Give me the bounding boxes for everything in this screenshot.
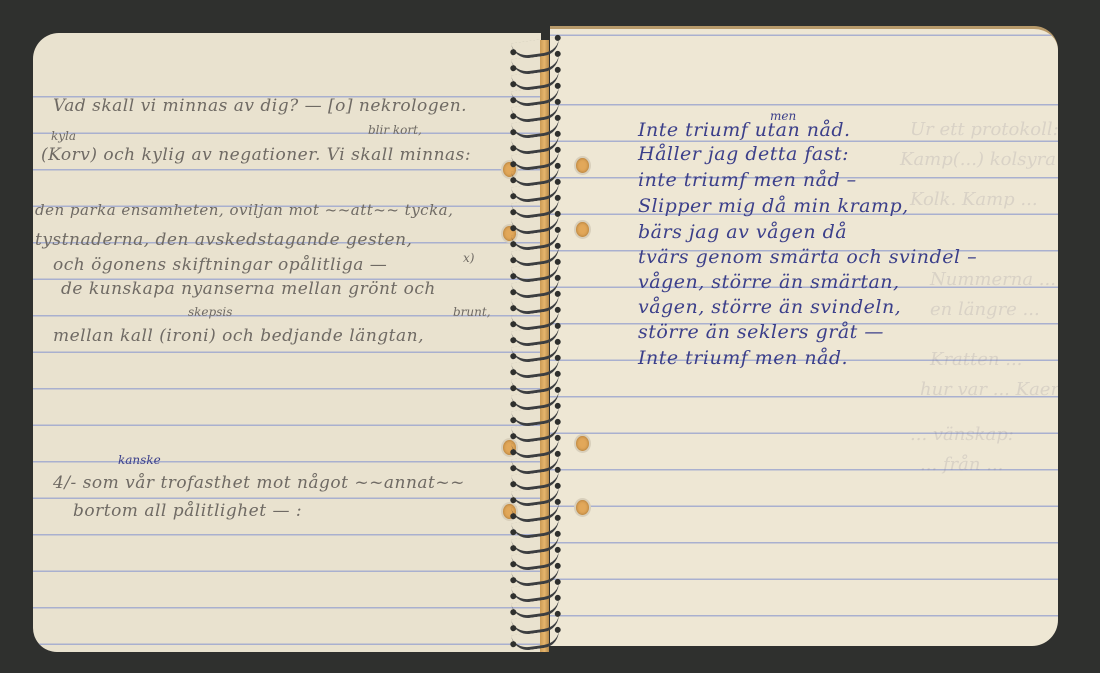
binder-hole [576,436,589,451]
right-line-9: större än seklers gråt — [638,321,884,343]
spiral-binding [512,28,572,652]
annotation-blir-kort: blir kort, [368,123,422,137]
bleed-through-text: Nummerna ... [930,269,1056,290]
right-line-7: vågen, större än smärtan, [638,271,900,293]
right-line-5: bärs jag av vågen då [638,221,847,243]
right-line-6: tvärs genom smärta och svindel – [638,246,977,268]
left-line-4: tystnaderna, den avskedstagande gesten, [35,230,412,250]
bleed-through-text: ... vänskap: [910,424,1014,445]
right-line-1: Inte triumf utan nåd. [638,119,851,141]
bleed-through-text: Kamp(...) kolsyra ... [900,149,1058,170]
annotation-kyla: kyla [51,129,76,143]
binder-hole [576,158,589,173]
annotation-footnote-mark: x) [463,251,474,265]
right-notebook-page: Ur ett protokoll: Kamp(...) kolsyra ... … [550,26,1058,646]
binder-hole [576,500,589,515]
annotation-kanske: kanske [118,453,161,467]
right-line-2: Håller jag detta fast: [638,143,849,165]
bleed-through-text: Kolk. Kamp ... [910,189,1038,210]
right-line-4: Slipper mig då min kramp, [638,195,909,217]
bleed-through-text: Ur ett protokoll: [910,119,1058,140]
annotation-skepsis: skepsis [188,305,232,319]
annotation-brunt: brunt, [453,305,491,319]
bleed-through-text: Kratten ... [930,349,1022,370]
left-line-9: bortom all pålitlighet — : [73,501,302,521]
bleed-through-text: ... från ... [920,454,1003,475]
left-line-3: den parka ensamheten, oviljan mot ~~att~… [35,201,453,219]
left-line-8: 4/- som vår trofasthet mot något ~~annat… [53,473,465,493]
left-line-2: (Korv) och kylig av negationer. Vi skall… [41,145,471,165]
left-line-7: mellan kall (ironi) och bedjande längtan… [53,326,424,346]
spiral-coil [511,629,561,653]
left-line-5: och ögonens skiftningar opålitliga — [53,255,387,275]
bleed-through-text: en längre ... [930,299,1040,320]
right-line-3: inte triumf men nåd – [638,169,857,191]
right-line-8: vågen, större än svindeln, [638,296,901,318]
left-notebook-page: Vad skall vi minnas av dig? — [o] nekrol… [33,33,541,652]
bleed-through-text: hur var ... Kaerhus ... [920,379,1058,400]
left-line-1: Vad skall vi minnas av dig? — [o] nekrol… [53,96,467,116]
right-line-10: Inte triumf men nåd. [638,347,848,369]
binder-hole [576,222,589,237]
left-line-6: de kunskapa nyanserna mellan grönt och [61,279,436,299]
